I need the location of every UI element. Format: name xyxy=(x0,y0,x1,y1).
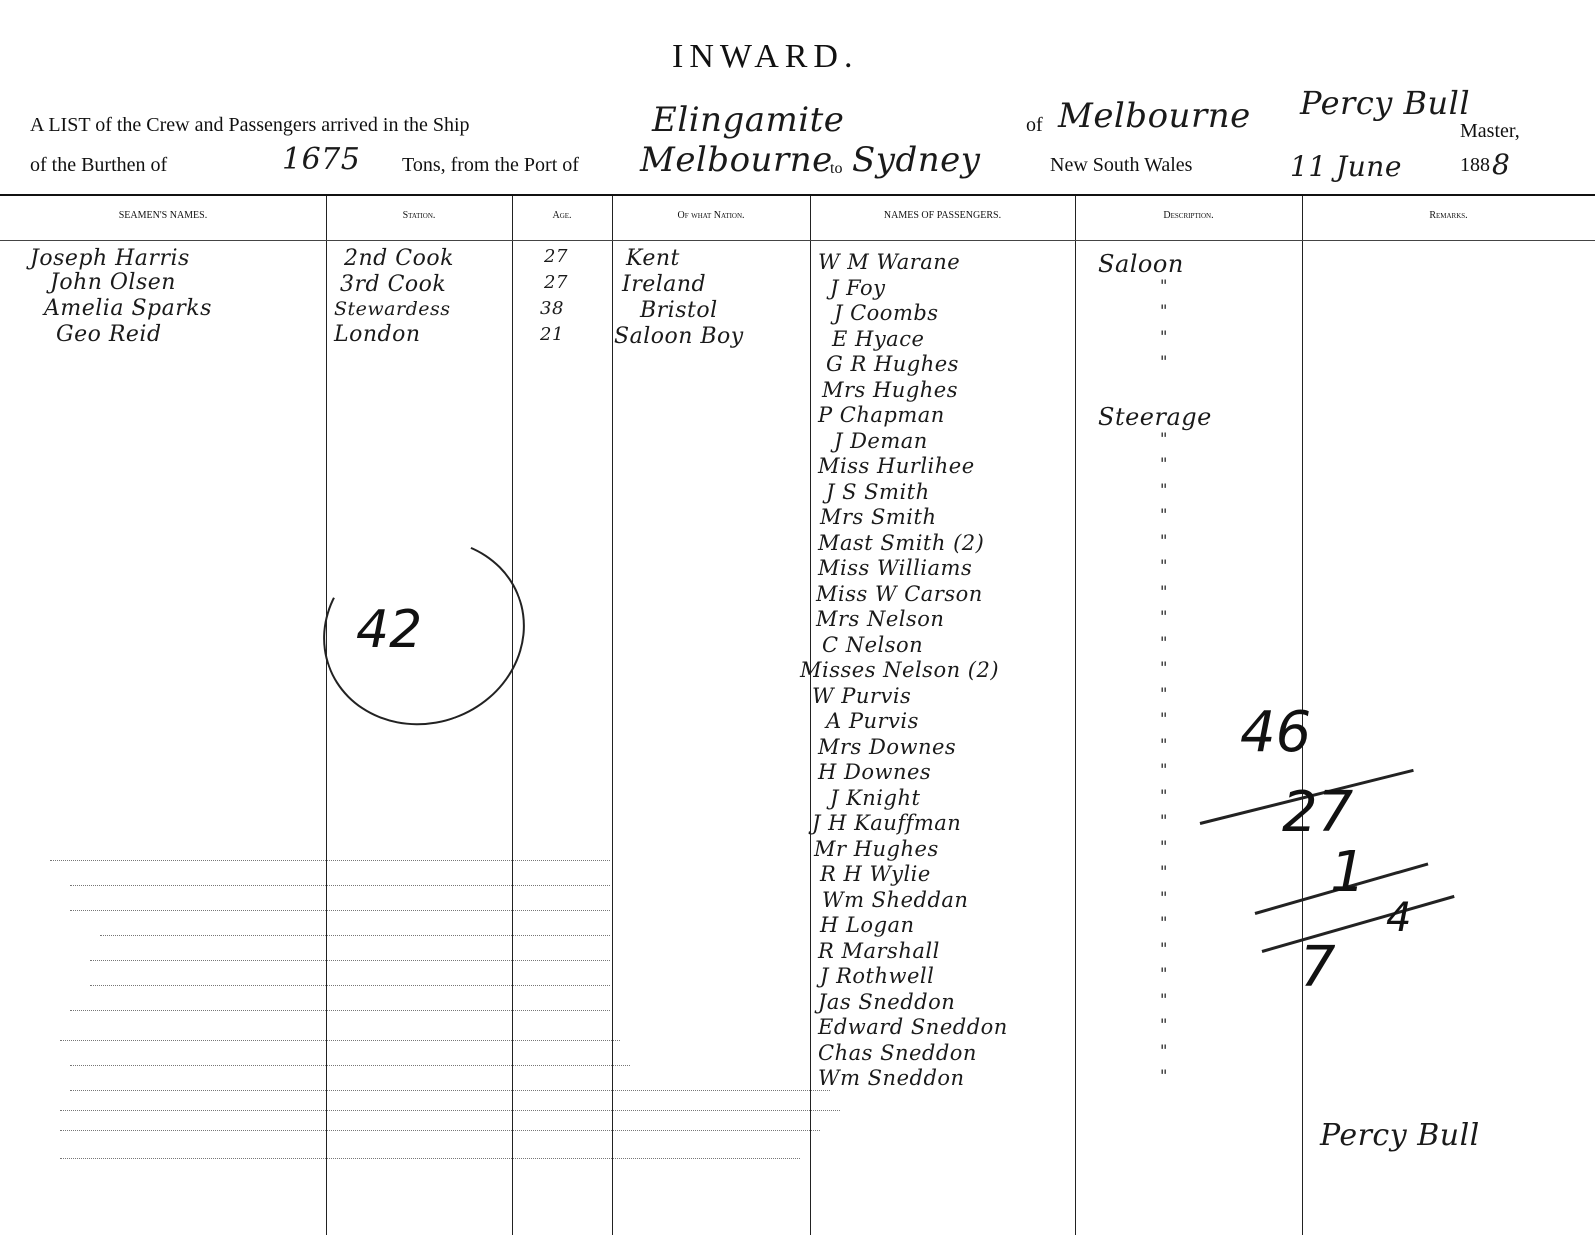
crew-nation: Kent xyxy=(626,246,680,271)
passenger-description: " xyxy=(1160,735,1168,754)
passenger-name: Wm Sneddon xyxy=(818,1066,965,1090)
colony-label: New South Wales xyxy=(1050,154,1192,177)
tally-total: 46 xyxy=(1240,700,1311,765)
passenger-description: " xyxy=(1160,684,1168,703)
passenger-description: " xyxy=(1160,888,1168,907)
crew-station: Stewardess xyxy=(334,298,450,320)
passenger-name: H Downes xyxy=(818,760,931,784)
passenger-description: " xyxy=(1160,531,1168,550)
crew-age: 38 xyxy=(540,298,564,319)
column-divider xyxy=(326,196,327,1235)
passenger-name: J Foy xyxy=(830,276,886,300)
passenger-description: " xyxy=(1160,760,1168,779)
passenger-name: Mrs Hughes xyxy=(822,378,958,402)
passenger-name: G R Hughes xyxy=(826,352,959,376)
passenger-name: Mrs Nelson xyxy=(816,607,944,631)
passenger-description: " xyxy=(1160,1066,1168,1085)
passenger-description: " xyxy=(1160,786,1168,805)
tally-mid: 27 xyxy=(1282,780,1353,845)
passenger-name: Miss Hurlihee xyxy=(818,454,975,478)
ruled-line xyxy=(60,1110,840,1111)
passenger-description: " xyxy=(1160,1041,1168,1060)
passenger-name: Misses Nelson (2) xyxy=(800,658,999,682)
passenger-name: W Purvis xyxy=(812,684,911,708)
ruled-line xyxy=(60,1130,820,1131)
crew-station: 2nd Cook xyxy=(344,246,454,271)
passenger-description: " xyxy=(1160,429,1168,448)
column-divider xyxy=(512,196,513,1235)
ruled-line xyxy=(70,1010,610,1011)
passenger-description: " xyxy=(1160,582,1168,601)
master-signature: Percy Bull xyxy=(1300,84,1470,122)
passenger-description: " xyxy=(1160,454,1168,473)
passenger-description: " xyxy=(1160,505,1168,524)
passenger-name: Miss Williams xyxy=(818,556,972,580)
tonnage: 1675 xyxy=(282,142,360,177)
ruled-line xyxy=(50,860,610,861)
passenger-name: P Chapman xyxy=(818,403,945,427)
crew-station: 3rd Cook xyxy=(340,272,446,297)
burthen-label: of the Burthen of xyxy=(30,154,167,177)
passenger-description: " xyxy=(1160,837,1168,856)
ruled-line xyxy=(70,1065,630,1066)
tons-label: Tons, from the Port of xyxy=(402,154,579,177)
ruled-line xyxy=(90,985,610,986)
passenger-description: " xyxy=(1160,276,1168,295)
passenger-description: " xyxy=(1160,990,1168,1009)
crew-nation: Ireland xyxy=(622,272,706,297)
crew-age: 27 xyxy=(544,246,568,267)
to-port: Sydney xyxy=(852,140,981,180)
column-divider xyxy=(612,196,613,1235)
passenger-description: " xyxy=(1160,964,1168,983)
passenger-description: " xyxy=(1160,556,1168,575)
passenger-description: " xyxy=(1160,327,1168,346)
header-subrule xyxy=(0,240,1595,241)
ship-name: Elingamite xyxy=(652,100,844,140)
passenger-name: J Deman xyxy=(834,429,928,453)
passenger-description: " xyxy=(1160,709,1168,728)
passenger-description: " xyxy=(1160,862,1168,881)
passenger-name: J S Smith xyxy=(826,480,930,504)
passenger-description: " xyxy=(1160,480,1168,499)
column-header-passengers: NAMES OF PASSENGERS. xyxy=(810,210,1075,221)
passenger-name: W M Warane xyxy=(818,250,960,274)
passenger-name: H Logan xyxy=(820,913,915,937)
passenger-name: J Knight xyxy=(830,786,920,810)
column-header-age: Age. xyxy=(512,210,612,221)
passenger-name: Wm Sheddan xyxy=(822,888,968,912)
circled-count-mark xyxy=(297,511,552,754)
passenger-name: Edward Sneddon xyxy=(818,1015,1008,1039)
passenger-name: Mast Smith (2) xyxy=(818,531,984,555)
passenger-name: J Coombs xyxy=(834,301,939,325)
crew-nation: Bristol xyxy=(640,298,718,323)
list-heading-text: A LIST of the Crew and Passengers arrive… xyxy=(30,114,470,137)
crew-age: 21 xyxy=(540,324,564,345)
ruled-line xyxy=(70,910,610,911)
passenger-name: E Hyace xyxy=(832,327,924,351)
passenger-description: " xyxy=(1160,913,1168,932)
passenger-name: C Nelson xyxy=(822,633,923,657)
passenger-description: " xyxy=(1160,607,1168,626)
passenger-name: Chas Sneddon xyxy=(818,1041,977,1065)
tally-low: 1 xyxy=(1330,840,1366,905)
passenger-description: Steerage xyxy=(1098,403,1212,431)
passenger-name: Mrs Downes xyxy=(818,735,956,759)
of-label: of xyxy=(1026,114,1043,137)
passenger-description: " xyxy=(1160,658,1168,677)
from-port: Melbourne xyxy=(640,140,833,180)
home-port: Melbourne xyxy=(1058,96,1251,136)
ruled-line xyxy=(90,960,610,961)
document-title: INWARD. xyxy=(672,38,858,76)
passenger-name: R Marshall xyxy=(818,939,940,963)
crew-name: John Olsen xyxy=(50,270,176,295)
passenger-name: Mr Hughes xyxy=(814,837,939,861)
column-header-seamen: SEAMEN'S NAMES. xyxy=(0,210,326,221)
crew-age: 27 xyxy=(544,272,568,293)
passenger-description: " xyxy=(1160,633,1168,652)
ruled-line xyxy=(70,1090,830,1091)
passenger-name: Jas Sneddon xyxy=(818,990,955,1014)
passenger-name: J H Kauffman xyxy=(812,811,961,835)
ruled-line xyxy=(60,1158,800,1159)
ruled-line xyxy=(70,885,610,886)
to-label: to xyxy=(830,160,842,178)
crew-name: Joseph Harris xyxy=(30,246,190,271)
passenger-name: Mrs Smith xyxy=(820,505,936,529)
year-handwritten: 8 xyxy=(1492,148,1510,181)
column-header-nation: Of what Nation. xyxy=(612,210,810,221)
passenger-name: R H Wylie xyxy=(820,862,931,886)
passenger-description: " xyxy=(1160,301,1168,320)
column-header-station: Station. xyxy=(326,210,512,221)
crew-station: London xyxy=(334,322,421,347)
header-rule xyxy=(0,194,1595,196)
ruled-line xyxy=(100,935,610,936)
passenger-description: " xyxy=(1160,352,1168,371)
crew-name: Geo Reid xyxy=(56,322,162,347)
signature: Percy Bull xyxy=(1320,1118,1480,1153)
column-header-remarks: Remarks. xyxy=(1302,210,1595,221)
circled-count: 42 xyxy=(356,600,422,660)
column-header-description: Description. xyxy=(1075,210,1302,221)
passenger-name: J Rothwell xyxy=(820,964,934,988)
passenger-description: Saloon xyxy=(1098,250,1184,278)
passenger-description: " xyxy=(1160,1015,1168,1034)
passenger-name: Miss W Carson xyxy=(816,582,983,606)
tally-superscript: 4 xyxy=(1386,895,1411,941)
crew-nation: Saloon Boy xyxy=(614,324,744,349)
column-divider xyxy=(810,196,811,1235)
tally-bottom: 7 xyxy=(1300,935,1336,1000)
year-printed: 188 xyxy=(1460,154,1490,177)
ruled-line xyxy=(60,1040,620,1041)
passenger-name: A Purvis xyxy=(826,709,919,733)
arrival-date: 11 June xyxy=(1290,150,1402,183)
crew-name: Amelia Sparks xyxy=(44,296,212,321)
column-divider xyxy=(1075,196,1076,1235)
passenger-description: " xyxy=(1160,939,1168,958)
passenger-description: " xyxy=(1160,811,1168,830)
master-label: Master, xyxy=(1460,120,1520,143)
